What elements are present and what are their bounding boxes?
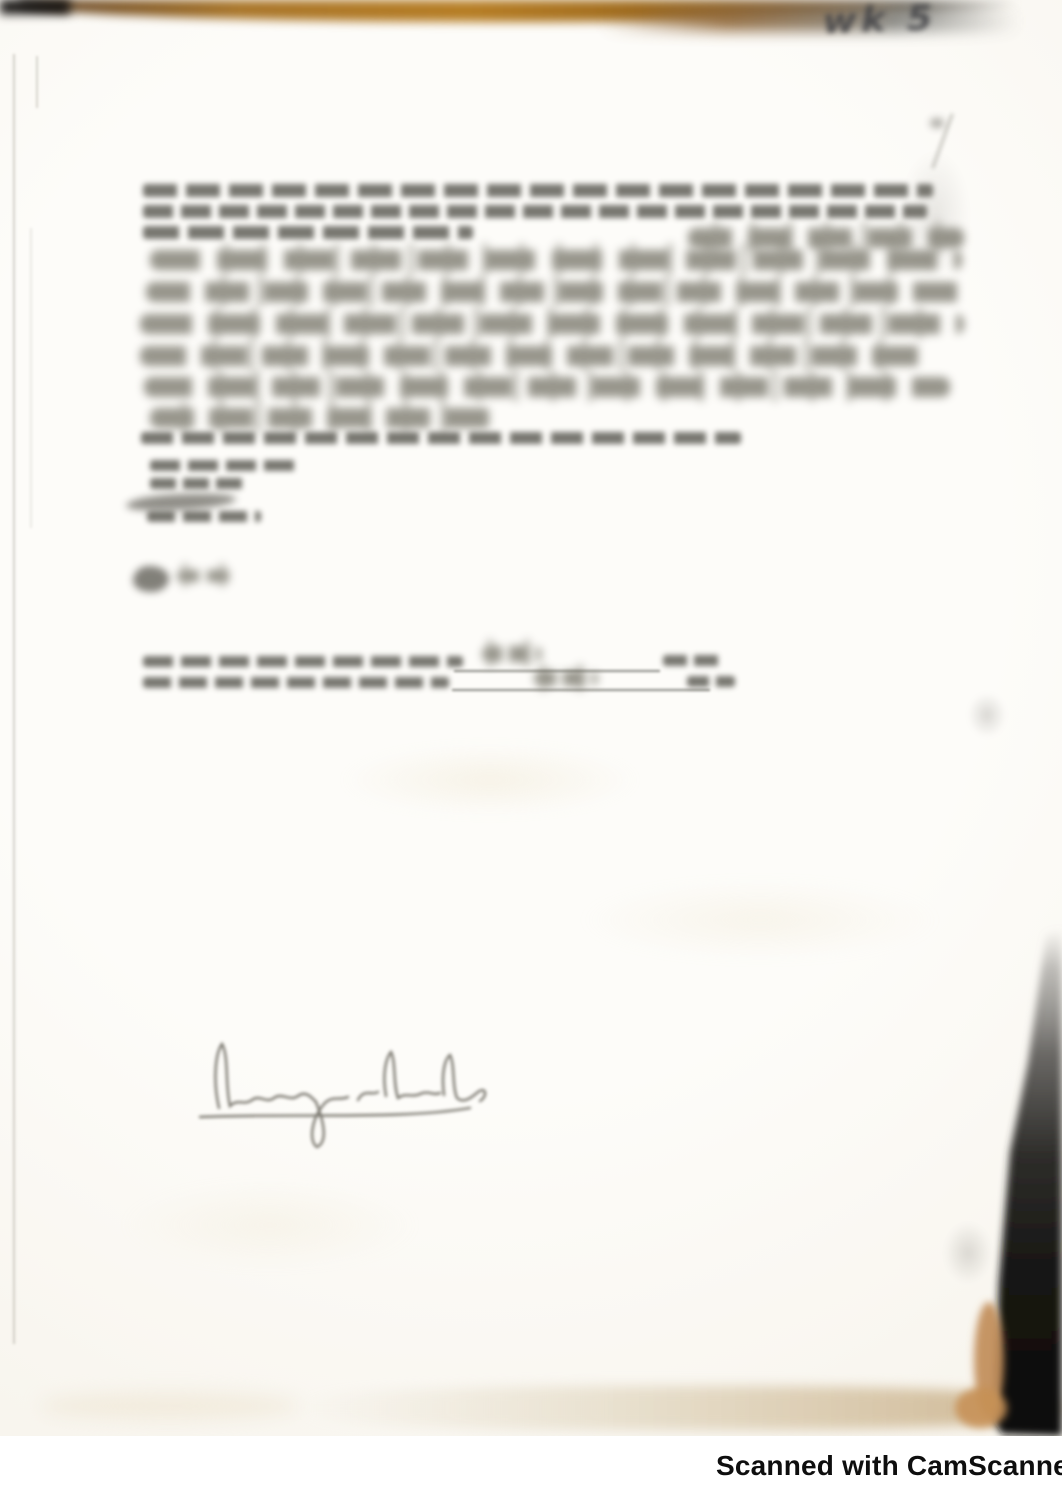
signature bbox=[200, 1044, 485, 1147]
camscanner-watermark: Scanned with CamScanner bbox=[716, 1450, 1062, 1482]
scanner-footer-band: Scanned with CamScanner bbox=[0, 1436, 1062, 1506]
scanned-page: wk 5 bbox=[0, 0, 1062, 1506]
overlay-graphics bbox=[0, 0, 1062, 1506]
photo-background-shadow bbox=[994, 928, 1062, 1436]
finger-smudge bbox=[955, 1302, 1007, 1428]
